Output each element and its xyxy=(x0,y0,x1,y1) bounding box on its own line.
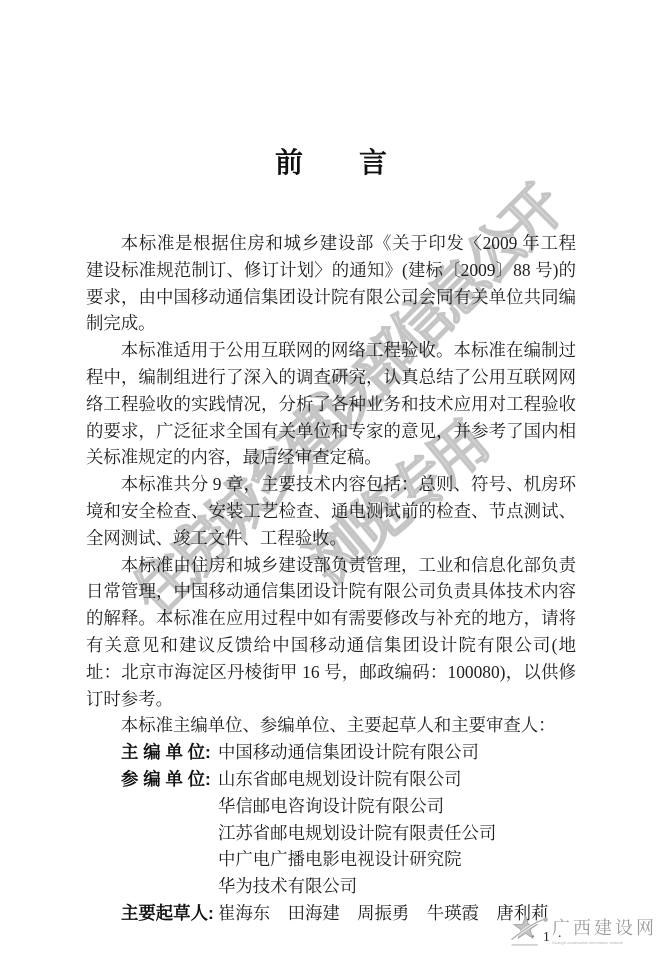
site-tagline: Guangxi construction information network xyxy=(552,941,623,945)
editor-label: 主要起草人: xyxy=(121,900,218,927)
text-column: 前 言 本标准是根据住房和城乡建设部《关于印发〈2009 年工程建设标准规范制订… xyxy=(86,0,576,946)
star-swoosh-icon xyxy=(508,908,550,957)
editor-value: 江苏省邮电规划设计院有限责任公司 xyxy=(218,820,576,847)
editor-label: 参 编 单 位: xyxy=(121,766,218,793)
editor-value: 中广电广播电影电视设计研究院 xyxy=(218,846,576,873)
paragraph: 本标准是根据住房和城乡建设部《关于印发〈2009 年工程建设标准规范制订、修订计… xyxy=(86,230,576,337)
editor-label xyxy=(121,820,218,847)
page-title: 前 言 xyxy=(86,146,576,180)
editor-row-participating-unit: 华为技术有限公司 xyxy=(86,873,576,900)
site-logo: 广西建设网 Guangxi construction information n… xyxy=(508,902,658,954)
editor-row-participating-unit: 华信邮电咨询设计院有限公司 xyxy=(86,793,576,820)
editor-row-participating-unit: 参 编 单 位: 山东省邮电规划设计院有限公司 xyxy=(86,766,576,793)
paragraph: 本标准适用于公用互联网的网络工程验收。本标准在编制过程中，编制组进行了深入的调查… xyxy=(86,337,576,471)
page-number: · 1 · xyxy=(86,930,576,946)
preface-body: 本标准是根据住房和城乡建设部《关于印发〈2009 年工程建设标准规范制订、修订计… xyxy=(86,230,576,739)
editor-row-participating-unit: 中广电广播电影电视设计研究院 xyxy=(86,846,576,873)
editor-value: 山东省邮电规划设计院有限公司 xyxy=(218,766,576,793)
editor-value: 中国移动通信集团设计院有限公司 xyxy=(218,739,576,766)
editor-row-chief-drafters: 主要起草人: 崔海东 田海建 周振勇 牛瑛霞 唐利莉 xyxy=(86,900,576,927)
site-logo-text: 广西建设网 Guangxi construction information n… xyxy=(552,914,661,948)
editor-label: 主 编 单 位: xyxy=(121,739,218,766)
site-name: 广西建设网 xyxy=(552,914,661,940)
editor-value: 华信邮电咨询设计院有限公司 xyxy=(218,793,576,820)
editor-label xyxy=(121,873,218,900)
editor-row-chief-unit: 主 编 单 位: 中国移动通信集团设计院有限公司 xyxy=(86,739,576,766)
editors-block: 主 编 单 位: 中国移动通信集团设计院有限公司 参 编 单 位: 山东省邮电规… xyxy=(86,739,576,927)
editor-label xyxy=(121,846,218,873)
editor-label xyxy=(121,793,218,820)
editor-value: 华为技术有限公司 xyxy=(218,873,576,900)
document-page: 住房城乡建设部信息公开 浏览专用 前 言 本标准是根据住房和城乡建设部《关于印发… xyxy=(0,0,661,958)
editor-row-participating-unit: 江苏省邮电规划设计院有限责任公司 xyxy=(86,820,576,847)
paragraph: 本标准由住房和城乡建设部负责管理，工业和信息化部负责日常管理，中国移动通信集团设… xyxy=(86,552,576,713)
paragraph: 本标准共分 9 章，主要技术内容包括：总则、符号、机房环境和安全检查、安装工艺检… xyxy=(86,471,576,551)
paragraph: 本标准主编单位、参编单位、主要起草人和主要审查人： xyxy=(86,712,576,739)
